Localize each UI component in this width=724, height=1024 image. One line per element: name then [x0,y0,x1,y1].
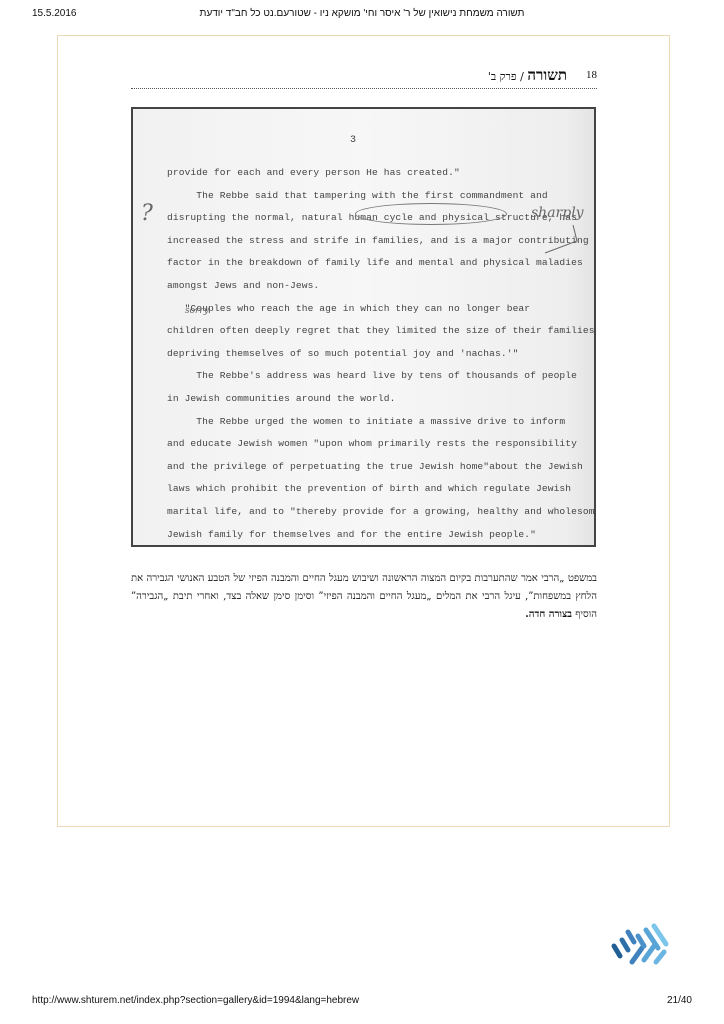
shturem-logo-icon [610,918,670,968]
running-head-title: תשורה / פרק ב' [488,66,567,85]
separator: / [517,70,528,83]
print-page-title: תשורה משמחת נישואין של ר' איסר וחי' מושק… [0,8,724,19]
margin-question-mark: ? [141,201,153,226]
scan-text-line: in Jewish communities around the world. [167,393,395,404]
scan-text-line: laws which prohibit the prevention of bi… [167,483,571,494]
scan-text-line: factor in the breakdown of family life a… [167,257,583,268]
print-footer-url: http://www.shturem.net/index.php?section… [32,995,359,1006]
scan-text-line: The Rebbe urged the women to initiate a … [167,416,565,427]
book-page-number: 18 [586,69,597,81]
scan-text-line: Jewish family for themselves and for the… [167,529,536,540]
running-head: 18 תשורה / פרק ב' [131,64,597,89]
book-title: תשורה [527,66,567,84]
handwritten-circle [355,203,507,225]
inserted-handwritten-word: sorry [185,306,209,316]
scan-text-line: amongst Jews and non-Jews. [167,280,319,291]
scanned-document-image: 3 provide for each and every person He h… [131,107,596,547]
scan-text-line: and the privilege of perpetuating the tr… [167,461,583,472]
scan-text-line: depriving themselves of so much potentia… [167,348,518,359]
handwritten-arrow-icon [533,221,593,255]
scan-text-line: increased the stress and strife in famil… [167,235,589,246]
caption-bold-suffix: בצורה חדה. [525,609,572,620]
scan-page-number: 3 [350,135,356,146]
scan-text-line: and educate Jewish women "upon whom prim… [167,438,577,449]
chapter-label: פרק ב' [488,70,517,83]
scan-text-line: provide for each and every person He has… [167,167,460,178]
scan-text-line: children often deeply regret that they l… [167,325,595,336]
scan-text-line: The Rebbe's address was heard live by te… [167,370,577,381]
scan-text-line: The Rebbe said that tampering with the f… [167,190,548,201]
print-footer-page-count: 21/40 [667,995,692,1006]
margin-handwritten-word: sharply [531,205,584,221]
hebrew-caption: במשפט „הרבי אמר שהתערבות בקיום המצוה הרא… [131,570,597,624]
scan-text-line: "Couples who reach the age in which they… [167,303,530,314]
scan-text-line: marital life, and to "thereby provide fo… [167,506,596,517]
